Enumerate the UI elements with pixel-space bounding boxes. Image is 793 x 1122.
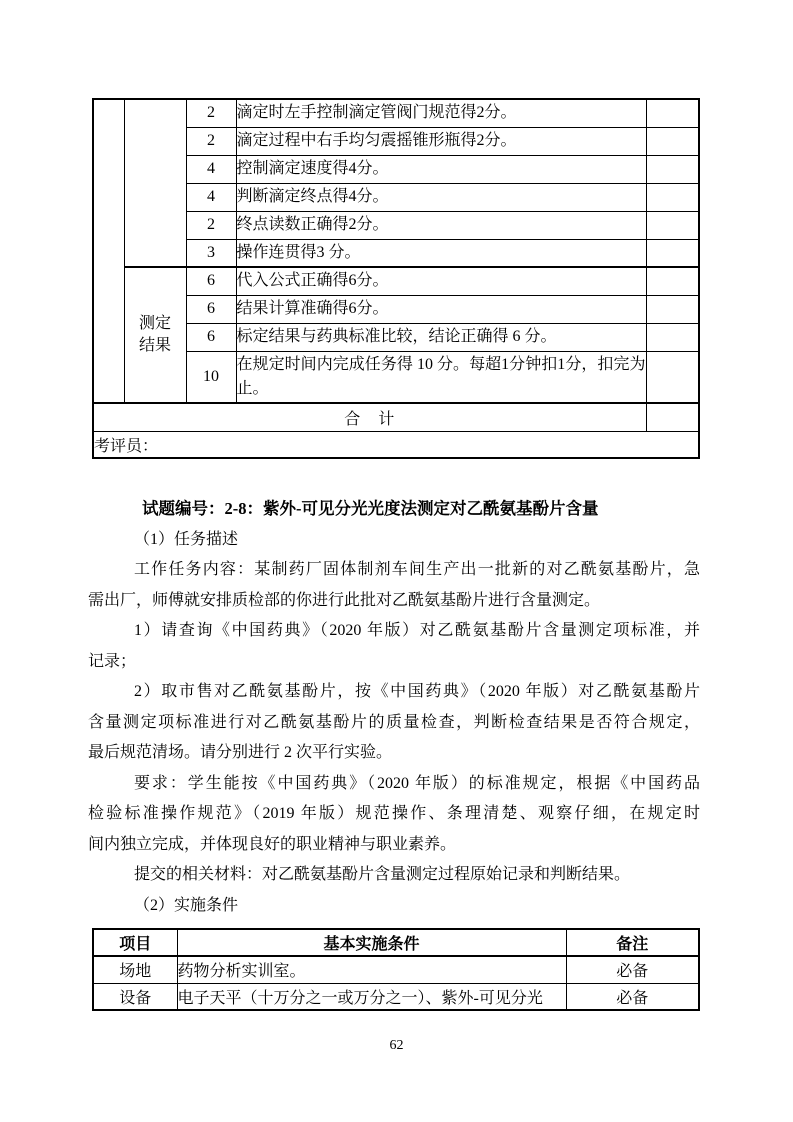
- total-label-cell: 合 计: [93, 403, 646, 431]
- paragraph-line: 要求：学生能按《中国药典》（2020 年版）的标准规定，根据《中国药品: [88, 769, 700, 800]
- points-cell: 10: [186, 351, 236, 403]
- score-entry-cell: [646, 323, 699, 351]
- paragraph-line: 需出厂，师傅就安排质检部的你进行此批对乙酰氨基酚片进行含量测定。: [88, 586, 700, 617]
- score-category-cell-empty: [124, 99, 186, 267]
- score-entry-cell: [646, 239, 699, 267]
- score-entry-cell: [646, 267, 699, 295]
- cond-item-cell: 设备: [93, 983, 177, 1010]
- paragraph-line: （2）实施条件: [88, 891, 700, 922]
- score-entry-cell: [646, 99, 699, 127]
- criteria-cell: 控制滴定速度得4分。: [236, 155, 646, 183]
- score-entry-cell: [646, 155, 699, 183]
- score-table: 2 滴定时左手控制滴定管阀门规范得2分。 2 滴定过程中右手均匀震摇锥形瓶得2分…: [92, 98, 700, 459]
- cond-header-item: 项目: [93, 929, 177, 956]
- page-number: 62: [0, 1038, 793, 1054]
- cond-header-note: 备注: [566, 929, 699, 956]
- points-cell: 4: [186, 183, 236, 211]
- paragraph-line: 2）取市售对乙酰氨基酚片，按《中国药典》（2020 年版）对乙酰氨基酚片: [88, 677, 700, 708]
- paragraph-line: 最后规范清场。请分别进行 2 次平行实验。: [88, 738, 700, 769]
- score-entry-cell: [646, 351, 699, 403]
- cond-condition-cell: 药物分析实训室。: [177, 956, 566, 983]
- score-entry-cell: [646, 295, 699, 323]
- cond-note-cell: 必备: [566, 956, 699, 983]
- criteria-cell: 结果计算准确得6分。: [236, 295, 646, 323]
- points-cell: 2: [186, 99, 236, 127]
- points-cell: 2: [186, 127, 236, 155]
- score-left-column-cell: [93, 99, 124, 403]
- examiner-label-cell: 考评员：: [93, 431, 699, 458]
- points-cell: 4: [186, 155, 236, 183]
- section-title: 试题编号：2-8：紫外-可见分光光度法测定对乙酰氨基酚片含量: [88, 494, 700, 525]
- measurement-result-label-cell: 测定结果: [124, 267, 186, 403]
- measurement-result-label: 测定结果: [139, 313, 172, 357]
- paragraph-line: （1）任务描述: [88, 525, 700, 556]
- points-cell: 6: [186, 323, 236, 351]
- criteria-cell: 滴定过程中右手均匀震摇锥形瓶得2分。: [236, 127, 646, 155]
- total-score-entry-cell: [646, 403, 699, 431]
- points-cell: 2: [186, 211, 236, 239]
- criteria-cell: 操作连贯得3 分。: [236, 239, 646, 267]
- cond-item-cell: 场地: [93, 956, 177, 983]
- document-page: 2 滴定时左手控制滴定管阀门规范得2分。 2 滴定过程中右手均匀震摇锥形瓶得2分…: [0, 0, 793, 1122]
- conditions-table: 项目 基本实施条件 备注 场地 药物分析实训室。 必备 设备 电子天平（十万分之…: [92, 928, 700, 1011]
- cond-condition-cell: 电子天平（十万分之一或万分之一）、紫外-可见分光: [177, 983, 566, 1010]
- criteria-cell: 滴定时左手控制滴定管阀门规范得2分。: [236, 99, 646, 127]
- paragraph-line: 间内独立完成，并体现良好的职业精神与职业素养。: [88, 830, 700, 861]
- task-section: 试题编号：2-8：紫外-可见分光光度法测定对乙酰氨基酚片含量 （1）任务描述 工…: [88, 494, 700, 921]
- score-entry-cell: [646, 127, 699, 155]
- cond-note-cell: 必备: [566, 983, 699, 1010]
- cond-header-condition: 基本实施条件: [177, 929, 566, 956]
- score-entry-cell: [646, 211, 699, 239]
- criteria-cell: 终点读数正确得2分。: [236, 211, 646, 239]
- criteria-cell: 标定结果与药典标准比较，结论正确得 6 分。: [236, 323, 646, 351]
- paragraph-line: 1）请查询《中国药典》（2020 年版）对乙酰氨基酚片含量测定项标准，并: [88, 616, 700, 647]
- score-entry-cell: [646, 183, 699, 211]
- points-cell: 6: [186, 267, 236, 295]
- criteria-cell: 判断滴定终点得4分。: [236, 183, 646, 211]
- paragraph-line: 工作任务内容：某制药厂固体制剂车间生产出一批新的对乙酰氨基酚片，急: [88, 555, 700, 586]
- points-cell: 6: [186, 295, 236, 323]
- criteria-cell: 代入公式正确得6分。: [236, 267, 646, 295]
- points-cell: 3: [186, 239, 236, 267]
- paragraph-line: 含量测定项标准进行对乙酰氨基酚片的质量检查，判断检查结果是否符合规定，: [88, 708, 700, 739]
- paragraph-line: 检验标准操作规范》（2019 年版）规范操作、条理清楚、观察仔细，在规定时: [88, 799, 700, 830]
- paragraph-line: 记录；: [88, 647, 700, 678]
- criteria-cell: 在规定时间内完成任务得 10 分。每超1分钟扣1分，扣完为止。: [236, 351, 646, 403]
- paragraph-line: 提交的相关材料：对乙酰氨基酚片含量测定过程原始记录和判断结果。: [88, 860, 700, 891]
